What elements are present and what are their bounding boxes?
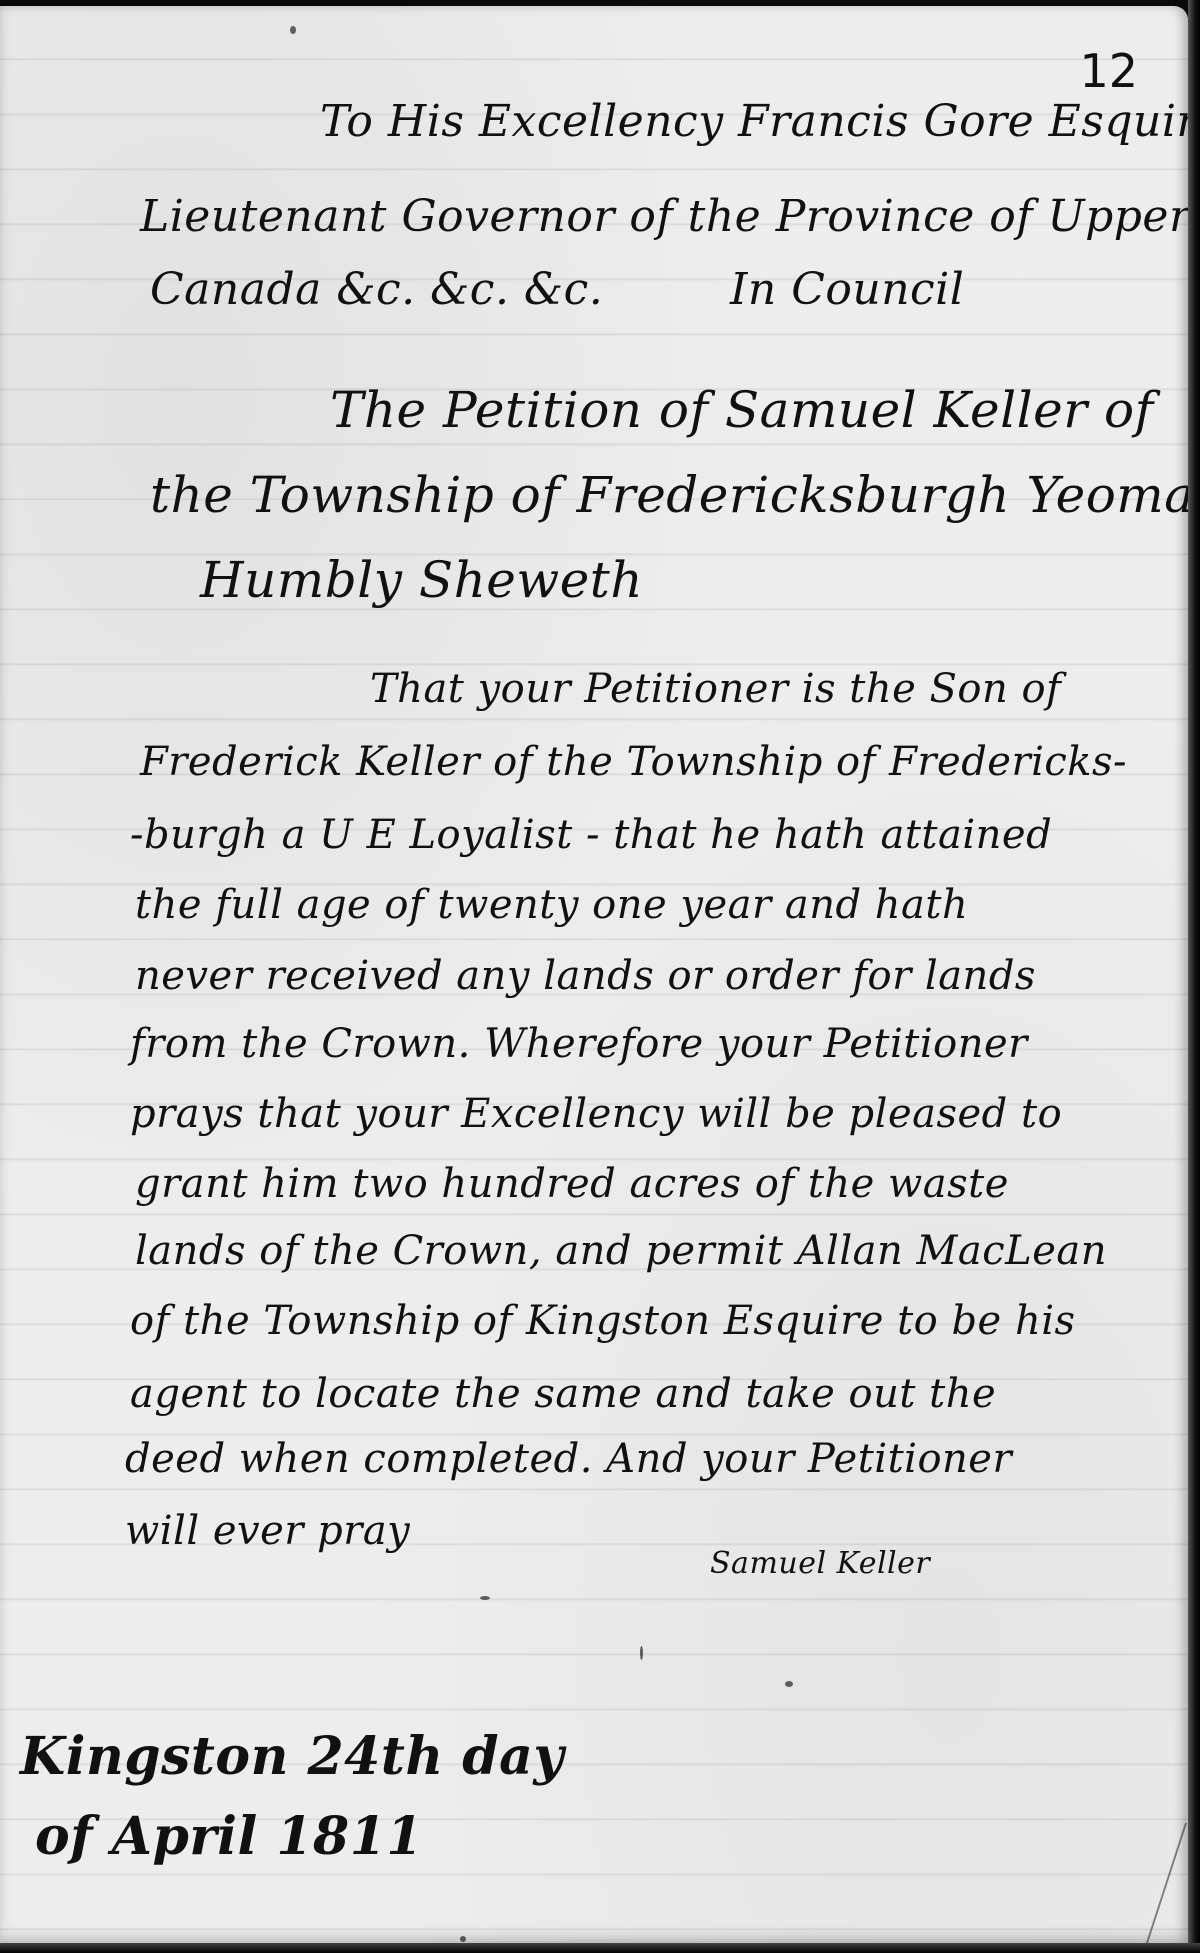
page-edge-right bbox=[1188, 0, 1200, 1953]
dateline-line-1: Kingston 24th day bbox=[20, 1726, 564, 1787]
ink-speck bbox=[640, 1646, 643, 1660]
address-line-3-right: In Council bbox=[730, 264, 964, 315]
body-line: of the Township of Kingston Esquire to b… bbox=[130, 1298, 1076, 1344]
ink-speck bbox=[290, 26, 296, 34]
body-line: lands of the Crown, and permit Allan Mac… bbox=[135, 1228, 1107, 1274]
body-line: deed when completed. And your Petitioner bbox=[125, 1436, 1012, 1482]
body-line: That your Petitioner is the Son of bbox=[370, 666, 1061, 712]
body-line: Frederick Keller of the Township of Fred… bbox=[140, 739, 1127, 785]
body-line: grant him two hundred acres of the waste bbox=[135, 1161, 1009, 1207]
dateline-line-2: of April 1811 bbox=[35, 1806, 423, 1867]
ink-speck bbox=[785, 1681, 793, 1687]
body-line: -burgh a U E Loyalist - that he hath att… bbox=[130, 812, 1052, 858]
folio-number: 12 bbox=[1079, 44, 1138, 98]
body-line: agent to locate the same and take out th… bbox=[130, 1371, 996, 1417]
ink-speck bbox=[460, 1936, 466, 1942]
page-edge-bottom bbox=[0, 1943, 1200, 1953]
address-line-3-left: Canada &c. &c. &c. bbox=[150, 264, 603, 315]
address-line-2: Lieutenant Governor of the Province of U… bbox=[140, 191, 1191, 242]
ink-speck bbox=[480, 1596, 490, 1600]
signature: Samuel Keller bbox=[710, 1546, 930, 1581]
body-line: the full age of twenty one year and hath bbox=[135, 882, 968, 928]
petition-title-line-1: The Petition of Samuel Keller of bbox=[330, 381, 1154, 439]
body-line: will ever pray bbox=[125, 1508, 410, 1554]
scanned-page: 12 To His Excellency Francis Gore Esquir… bbox=[0, 6, 1188, 1944]
body-line: from the Crown. Wherefore your Petitione… bbox=[130, 1021, 1028, 1067]
salutation: Humbly Sheweth bbox=[200, 551, 643, 609]
petition-title-line-2: the Township of Fredericksburgh Yeoman bbox=[150, 466, 1200, 524]
body-line: prays that your Excellency will be pleas… bbox=[130, 1091, 1062, 1137]
address-line-1: To His Excellency Francis Gore Esquire bbox=[320, 96, 1200, 147]
body-line: never received any lands or order for la… bbox=[135, 953, 1036, 999]
